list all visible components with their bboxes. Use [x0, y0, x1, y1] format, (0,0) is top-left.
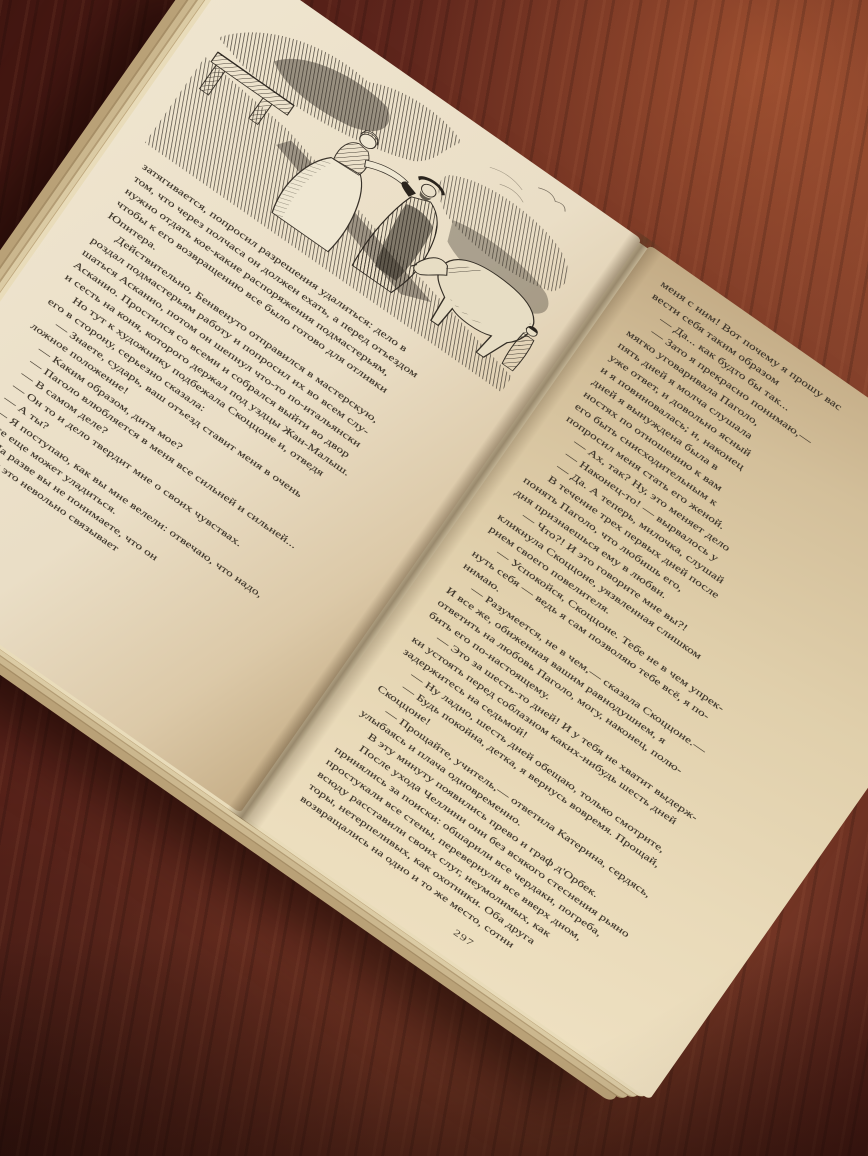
photo-scene: затягивается, попросил разрешения удалит… [0, 0, 868, 1156]
